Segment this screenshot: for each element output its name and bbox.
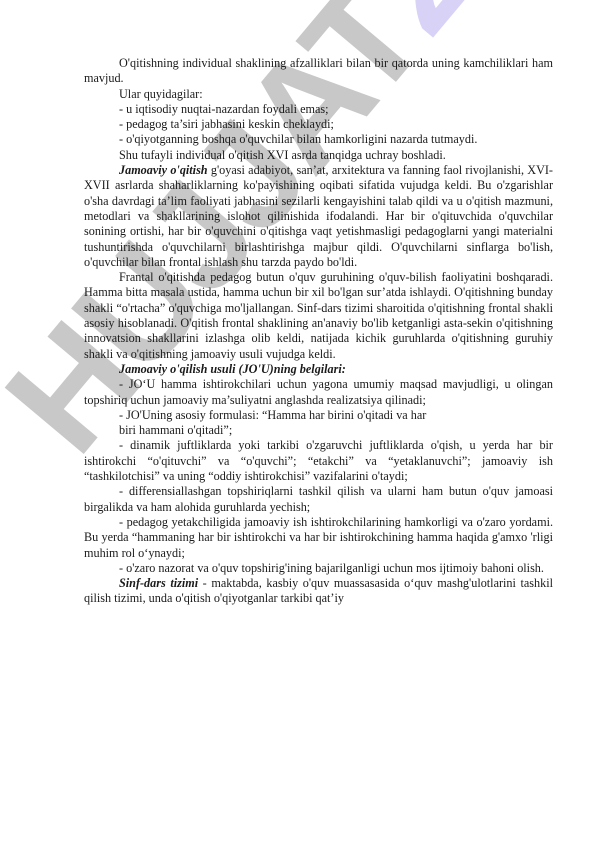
document-page: O'qitishning individual shaklining afzal… (84, 56, 553, 607)
term: Jamoaviy o'qitish (119, 163, 208, 177)
list-item: - JO‘U hamma ishtirokchilari uchun yagon… (84, 377, 553, 408)
list-item: - JO'Uning asosiy formulasi: “Hamma har … (84, 408, 553, 423)
list-item: - u iqtisodiy nuqtai-nazardan foydali em… (84, 102, 553, 117)
paragraph: Frantal o'qitishda pedagog butun o'quv g… (84, 270, 553, 362)
paragraph: O'qitishning individual shaklining afzal… (84, 56, 553, 87)
section-heading: Jamoaviy o'qilish usuli (JO'U)ning belgi… (84, 362, 553, 377)
list-item: biri hammani o'qitadi”; (84, 423, 553, 438)
paragraph: Jamoaviy o'qitish g'oyasi adabiyot, san’… (84, 163, 553, 270)
list-item: - pedagog yetakchiligida jamoaviy ish is… (84, 515, 553, 561)
term: Sinf-dars tizimi (119, 576, 198, 590)
paragraph-text: g'oyasi adabiyot, san’at, arxitektura va… (84, 163, 553, 269)
list-item: - dinamik juftliklarda yoki tarkibi o'zg… (84, 438, 553, 484)
watermark-number: 24 (326, 0, 557, 62)
list-item: - o'zaro nazorat va o'quv topshirig'inin… (84, 561, 553, 576)
paragraph: Ular quyidagilar: (84, 87, 553, 102)
list-item: - pedagog ta’siri jabhasini keskin chekl… (84, 117, 553, 132)
list-item: - differensiallashgan topshiriqlarni tas… (84, 484, 553, 515)
paragraph: Shu tufayli individual o'qitish XVI asrd… (84, 148, 553, 163)
paragraph: Sinf-dars tizimi - maktabda, kasbiy o'qu… (84, 576, 553, 607)
list-item: - o'qiyotganning boshqa o'quvchilar bila… (84, 132, 553, 147)
